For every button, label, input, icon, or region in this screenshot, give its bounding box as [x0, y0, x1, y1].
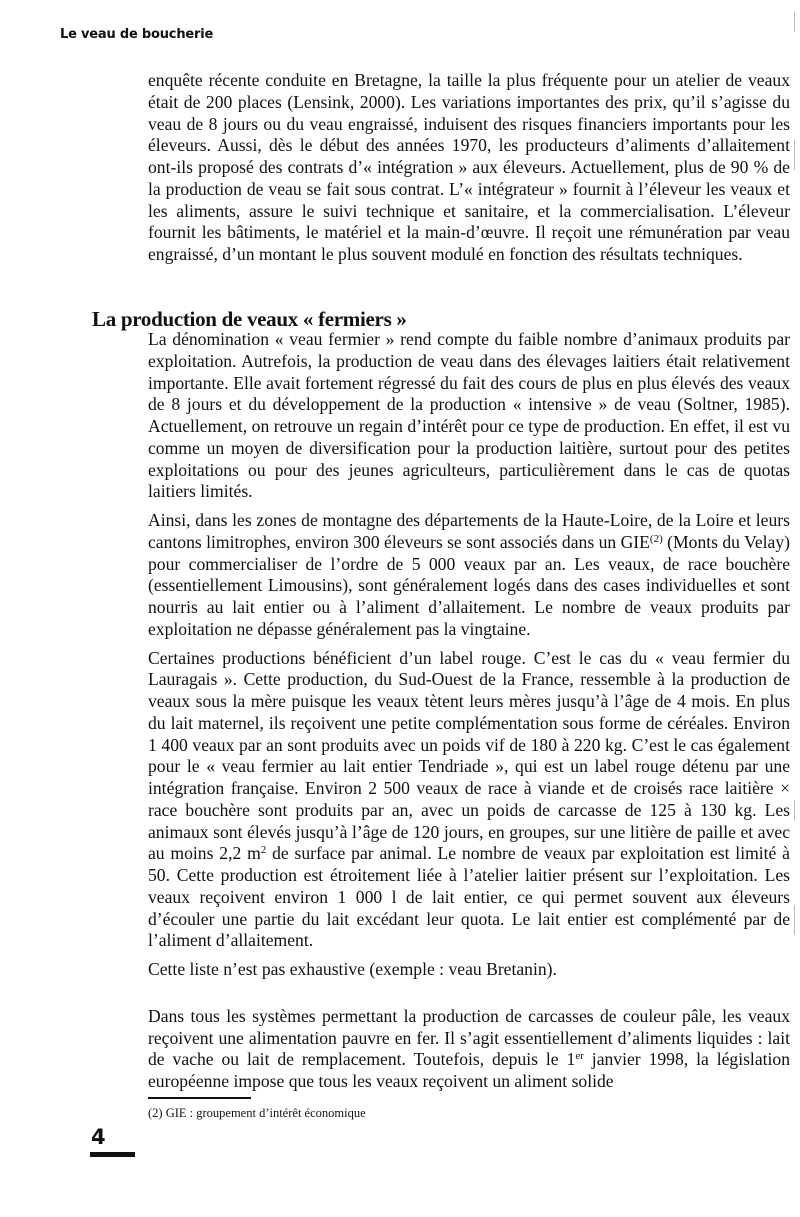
footnote-divider: [148, 1097, 251, 1099]
paragraph-continuation: enquête récente conduite en Bretagne, la…: [148, 70, 790, 266]
paragraph-veau-fermier: La dénomination « veau fermier » rend co…: [148, 329, 790, 503]
footnote-ref: (2): [650, 533, 663, 545]
paragraph-gie: Ainsi, dans les zones de montagne des dé…: [148, 510, 790, 641]
scan-edge-mark: [794, 905, 795, 935]
running-head: Le veau de boucherie: [60, 27, 213, 42]
section-body: La dénomination « veau fermier » rend co…: [148, 329, 790, 1093]
paragraph-list-note: Cette liste n’est pas exhaustive (exempl…: [148, 959, 790, 981]
label-text-a: Certaines productions bénéficient d’un l…: [148, 648, 790, 864]
scan-edge-mark: [794, 800, 795, 820]
paragraph-final: Dans tous les systèmes permettant la pro…: [148, 1006, 790, 1093]
paragraph-label-rouge: Certaines productions bénéficient d’un l…: [148, 648, 790, 953]
body-top: enquête récente conduite en Bretagne, la…: [148, 70, 790, 266]
superscript-er: er: [575, 1050, 584, 1062]
scan-edge-mark: [794, 12, 795, 32]
footnote: (2) GIE : groupement d’intérêt économiqu…: [148, 1106, 366, 1121]
scan-edge-mark: [794, 140, 795, 170]
page-number: 4: [91, 1125, 106, 1149]
page-number-bar: [90, 1152, 135, 1157]
